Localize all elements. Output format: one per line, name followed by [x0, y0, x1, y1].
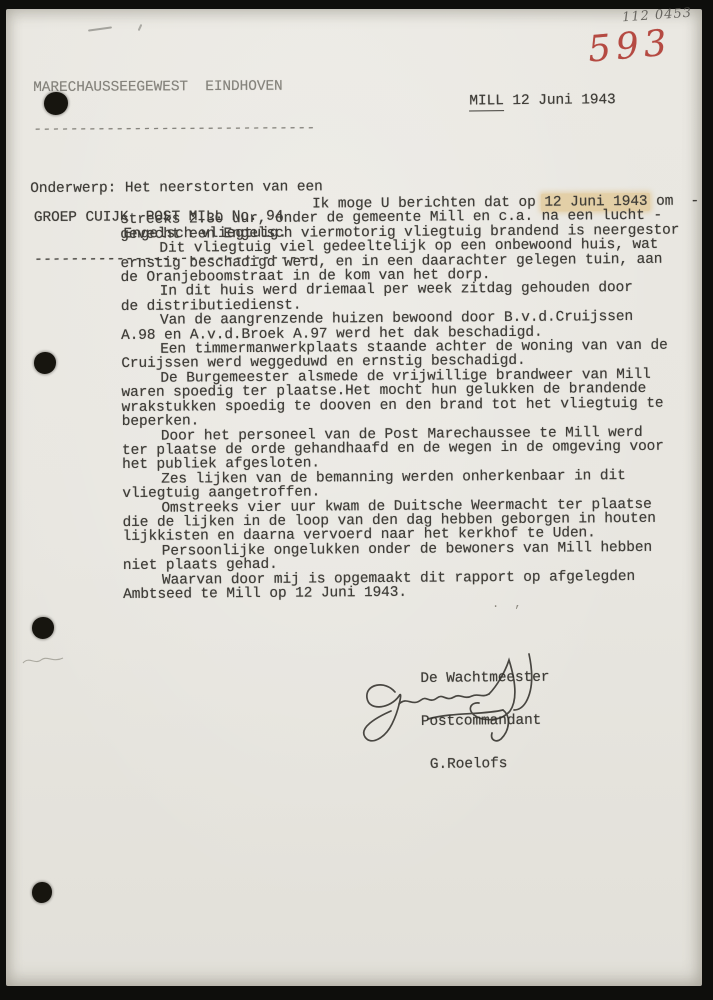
punch-hole-2 — [34, 352, 56, 374]
subject-line-1: Onderwerp: Het neerstorten van een — [30, 181, 323, 198]
place-name: MILL — [469, 94, 504, 112]
org-name-line: MARECHAUSSEEGEWEST EINDHOVEN — [33, 79, 315, 95]
stray-type-marks: . , — [492, 597, 526, 611]
date-line: MILL 12 Juni 1943 — [435, 79, 616, 124]
signer-name: G.Roelofs — [421, 757, 550, 773]
scanned-document-page: 112 0453 593 MARECHAUSSEEGEWEST EINDHOVE… — [0, 0, 713, 1000]
punch-hole-3 — [32, 617, 54, 639]
punch-hole-1 — [44, 92, 68, 115]
handwritten-signature — [333, 652, 553, 752]
org-rule-1: ------------------------------- — [33, 123, 315, 137]
red-archive-number: 593 — [586, 22, 673, 70]
pencil-squiggle-mark — [20, 650, 66, 670]
date-text: 12 Juni 1943 — [504, 93, 616, 110]
report-body: Ik moge U berichten dat op 12 Juni 1943 … — [120, 194, 709, 602]
punch-hole-4 — [32, 882, 52, 903]
